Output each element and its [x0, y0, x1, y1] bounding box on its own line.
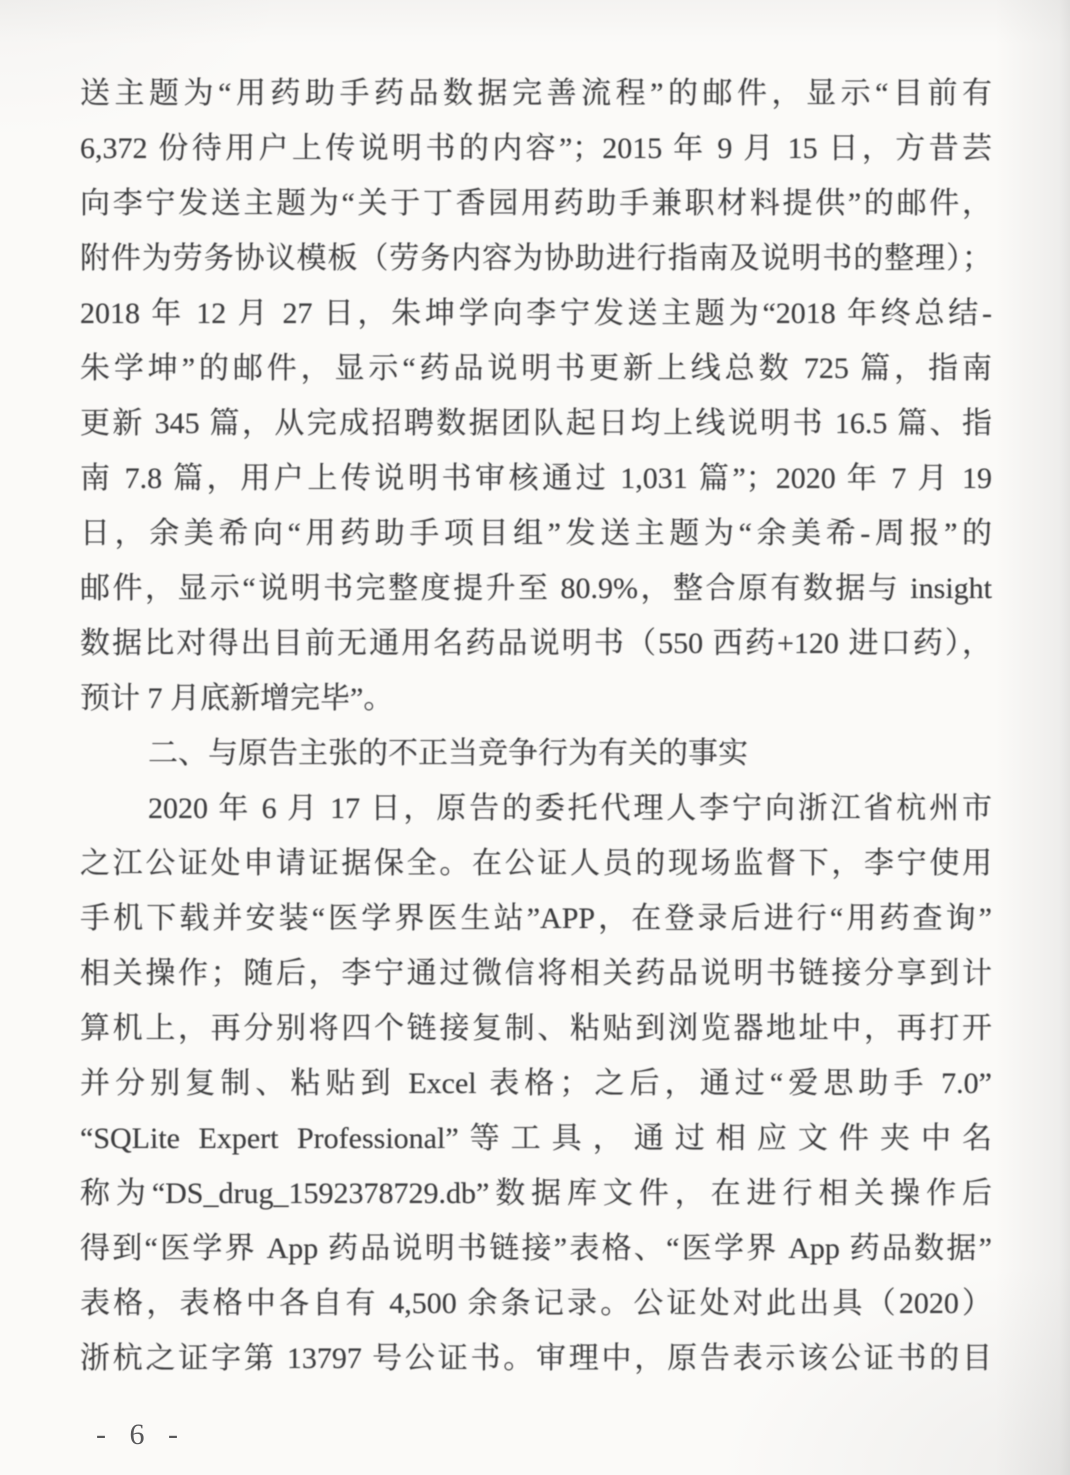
- text-line: 朱学坤”的邮件，显示“药品说明书更新上线总数 725 篇，指南: [80, 341, 992, 396]
- text-line: 送主题为“用药助手药品数据完善流程”的邮件，显示“目前有: [80, 66, 992, 121]
- text-line: 2020 年 6 月 17 日，原告的委托代理人李宁向浙江省杭州市: [80, 781, 992, 836]
- text-line: 6,372 份待用户上传说明书的内容”；2015 年 9 月 15 日，方昔芸: [80, 121, 992, 176]
- text-line: 得到“医学界 App 药品说明书链接”表格、“医学界 App 药品数据”: [80, 1221, 992, 1276]
- section-heading: 二、与原告主张的不正当竞争行为有关的事实: [80, 726, 992, 781]
- text-line: 附件为劳务协议模板（劳务内容为协助进行指南及说明书的整理）；: [80, 231, 992, 286]
- text-line: 之江公证处申请证据保全。在公证人员的现场监督下，李宁使用: [80, 836, 992, 891]
- text-line: 日，余美希向“用药助手项目组”发送主题为“余美希-周报”的: [80, 506, 992, 561]
- text-line: 2018 年 12 月 27 日，朱坤学向李宁发送主题为“2018 年终总结-: [80, 286, 992, 341]
- text-line: 称为“DS_drug_1592378729.db”数据库文件，在进行相关操作后: [80, 1166, 992, 1221]
- text-line: 南 7.8 篇，用户上传说明书审核通过 1,031 篇”；2020 年 7 月 …: [80, 451, 992, 506]
- text-line: 算机上，再分别将四个链接复制、粘贴到浏览器地址中，再打开: [80, 1001, 992, 1056]
- text-line: 相关操作；随后，李宁通过微信将相关药品说明书链接分享到计: [80, 946, 992, 1001]
- text-line: 更新 345 篇，从完成招聘数据团队起日均上线说明书 16.5 篇、指: [80, 396, 992, 451]
- document-text-block: 送主题为“用药助手药品数据完善流程”的邮件，显示“目前有 6,372 份待用户上…: [80, 66, 992, 1386]
- text-line: 浙杭之证字第 13797 号公证书。审理中，原告表示该公证书的目: [80, 1331, 992, 1386]
- text-line: 向李宁发送主题为“关于丁香园用药助手兼职材料提供”的邮件，: [80, 176, 992, 231]
- text-line: “SQLite Expert Professional”等工具，通过相应文件夹中…: [80, 1111, 992, 1166]
- text-line: 并分别复制、粘贴到 Excel 表格；之后，通过“爱思助手 7.0”: [80, 1056, 992, 1111]
- document-page: 送主题为“用药助手药品数据完善流程”的邮件，显示“目前有 6,372 份待用户上…: [0, 0, 1070, 1475]
- text-line: 邮件，显示“说明书完整度提升至 80.9%，整合原有数据与 insight: [80, 561, 992, 616]
- text-line: 手机下载并安装“医学界医生站”APP，在登录后进行“用药查询”: [80, 891, 992, 946]
- text-line: 预计 7 月底新增完毕”。: [80, 671, 992, 726]
- text-line: 表格，表格中各自有 4,500 余条记录。公证处对此出具（2020）: [80, 1276, 992, 1331]
- text-line: 数据比对得出目前无通用名药品说明书（550 西药+120 进口药），: [80, 616, 992, 671]
- page-number: - 6 -: [96, 1418, 186, 1452]
